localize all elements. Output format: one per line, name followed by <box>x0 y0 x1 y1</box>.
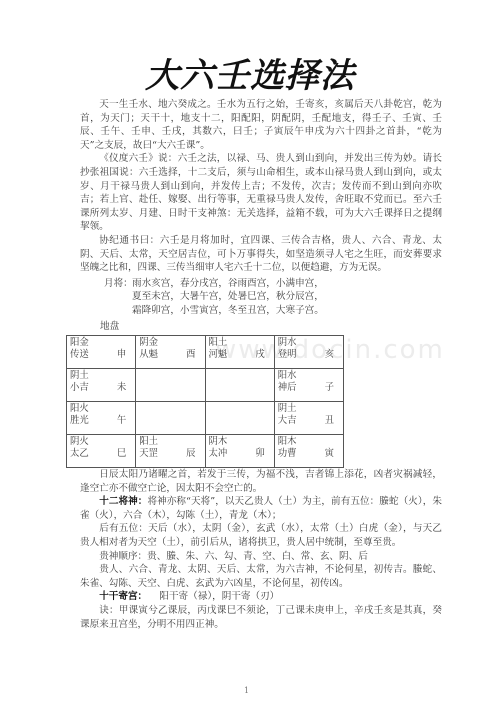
document-body: 天一生壬水、地六癸成之。壬水为五行之始，壬寄亥，亥属后天八卦乾宫，乾为首，为天门… <box>80 98 442 631</box>
month-generals: 月将：雨水亥宫，春分戌宫，谷雨酉宫，小满申宫， 夏至未宫，大暑午宫，处暑巳宫，秋… <box>80 277 442 318</box>
earth-plate-label: 地盘 <box>100 320 442 334</box>
document-title: 大六壬选择法 <box>0 56 500 96</box>
month-row: 夏至未宫，大暑午宫，处暑巳宫，秋分辰宫， <box>132 291 324 302</box>
paragraph-good-bad: 贵人、六合、青龙、太阴、天后、太常，为六吉神，不论何星，初传吉。螣蛇、朱雀、勾陈… <box>80 563 442 590</box>
month-row: 雨水亥宫，春分戌宫，谷雨酉宫，小满申宫， <box>132 278 324 289</box>
month-generals-label: 月将： <box>104 277 132 291</box>
paragraph-intro: 天一生壬水、地六癸成之。壬水为五行之始，壬寄亥，亥属后天八卦乾宫，乾为首，为天门… <box>80 98 442 152</box>
section-heading: 十二将神： <box>99 496 147 507</box>
paragraph-rear-five: 后有五位：天后（水），太阴（金），玄武（水），太常（土）白虎（金），与天乙贵人相… <box>80 522 442 549</box>
table-row: 阴火太乙巳 阳土天罡辰 阴木太冲卯 阳木功曹寅 <box>67 435 344 468</box>
paragraph-yidu: 《仪度六壬》说：六壬之法，以禄、马、贵人到山到向，并发出三传为妙。请长抄张祖国说… <box>80 152 442 234</box>
plate-cell: 阴金从魁酉 <box>136 336 205 369</box>
plate-cell: 阴水登明亥 <box>274 336 343 369</box>
plate-cell: 阴火太乙巳 <box>67 435 136 468</box>
section-heading: 十干寄宫： <box>99 591 147 602</box>
plate-cell-empty <box>205 402 274 435</box>
paragraph-ten-stems: 十干寄宫： 阳干寄（禄），阴干寄（刃） <box>80 590 442 604</box>
table-row: 阳金传送申 阴金从魁酉 阳土河魁戌 阴水登明亥 <box>67 336 344 369</box>
plate-cell: 阳火胜光午 <box>67 402 136 435</box>
page-number: 1 <box>244 686 249 695</box>
plate-cell: 阳土天罡辰 <box>136 435 205 468</box>
plate-cell-empty <box>136 402 205 435</box>
plate-cell: 阳金传送申 <box>67 336 136 369</box>
plate-cell: 阳木功曹寅 <box>274 435 343 468</box>
earth-plate-table: 阳金传送申 阴金从魁酉 阳土河魁戌 阴水登明亥 阴土小吉未 阳水神后子 阳火胜光… <box>66 335 344 468</box>
paragraph-xieji: 协纪通书曰：六壬是月将加时，宜四课、三传合吉格，贵人、六合、青龙、太阴、天后、太… <box>80 234 442 275</box>
plate-cell: 阴木太冲卯 <box>205 435 274 468</box>
plate-cell-empty <box>136 369 205 402</box>
plate-cell: 阴土小吉未 <box>67 369 136 402</box>
plate-cell-empty <box>205 369 274 402</box>
plate-cell: 阳水神后子 <box>274 369 343 402</box>
paragraph-order: 贵神顺序：贵、螣、朱、六、勾、青、空、白、常、玄、阴、后 <box>80 550 442 564</box>
month-row: 霜降卯宫，小雪寅宫，冬至丑宫，大寒子宫。 <box>132 305 324 316</box>
plate-cell: 阴土大吉丑 <box>274 402 343 435</box>
plate-cell: 阳土河魁戌 <box>205 336 274 369</box>
paragraph-sun: 日辰太阳乃诸曜之首，若发于三传，为福不浅，吉者锦上添花，凶者灾祸减轻，逢空亡亦不… <box>80 468 442 495</box>
paragraph-twelve-generals: 十二将神：将神亦称“天将”，以天乙贵人（土）为主，前有五位：螣蛇（火），朱雀（火… <box>80 495 442 522</box>
table-row: 阴土小吉未 阳水神后子 <box>67 369 344 402</box>
paragraph-verse: 诀：甲课寅兮乙课辰，丙戊课巳不须论，丁己课未庚申上，辛戌壬亥是其真，癸课原来丑宫… <box>80 604 442 631</box>
table-row: 阳火胜光午 阴土大吉丑 <box>67 402 344 435</box>
